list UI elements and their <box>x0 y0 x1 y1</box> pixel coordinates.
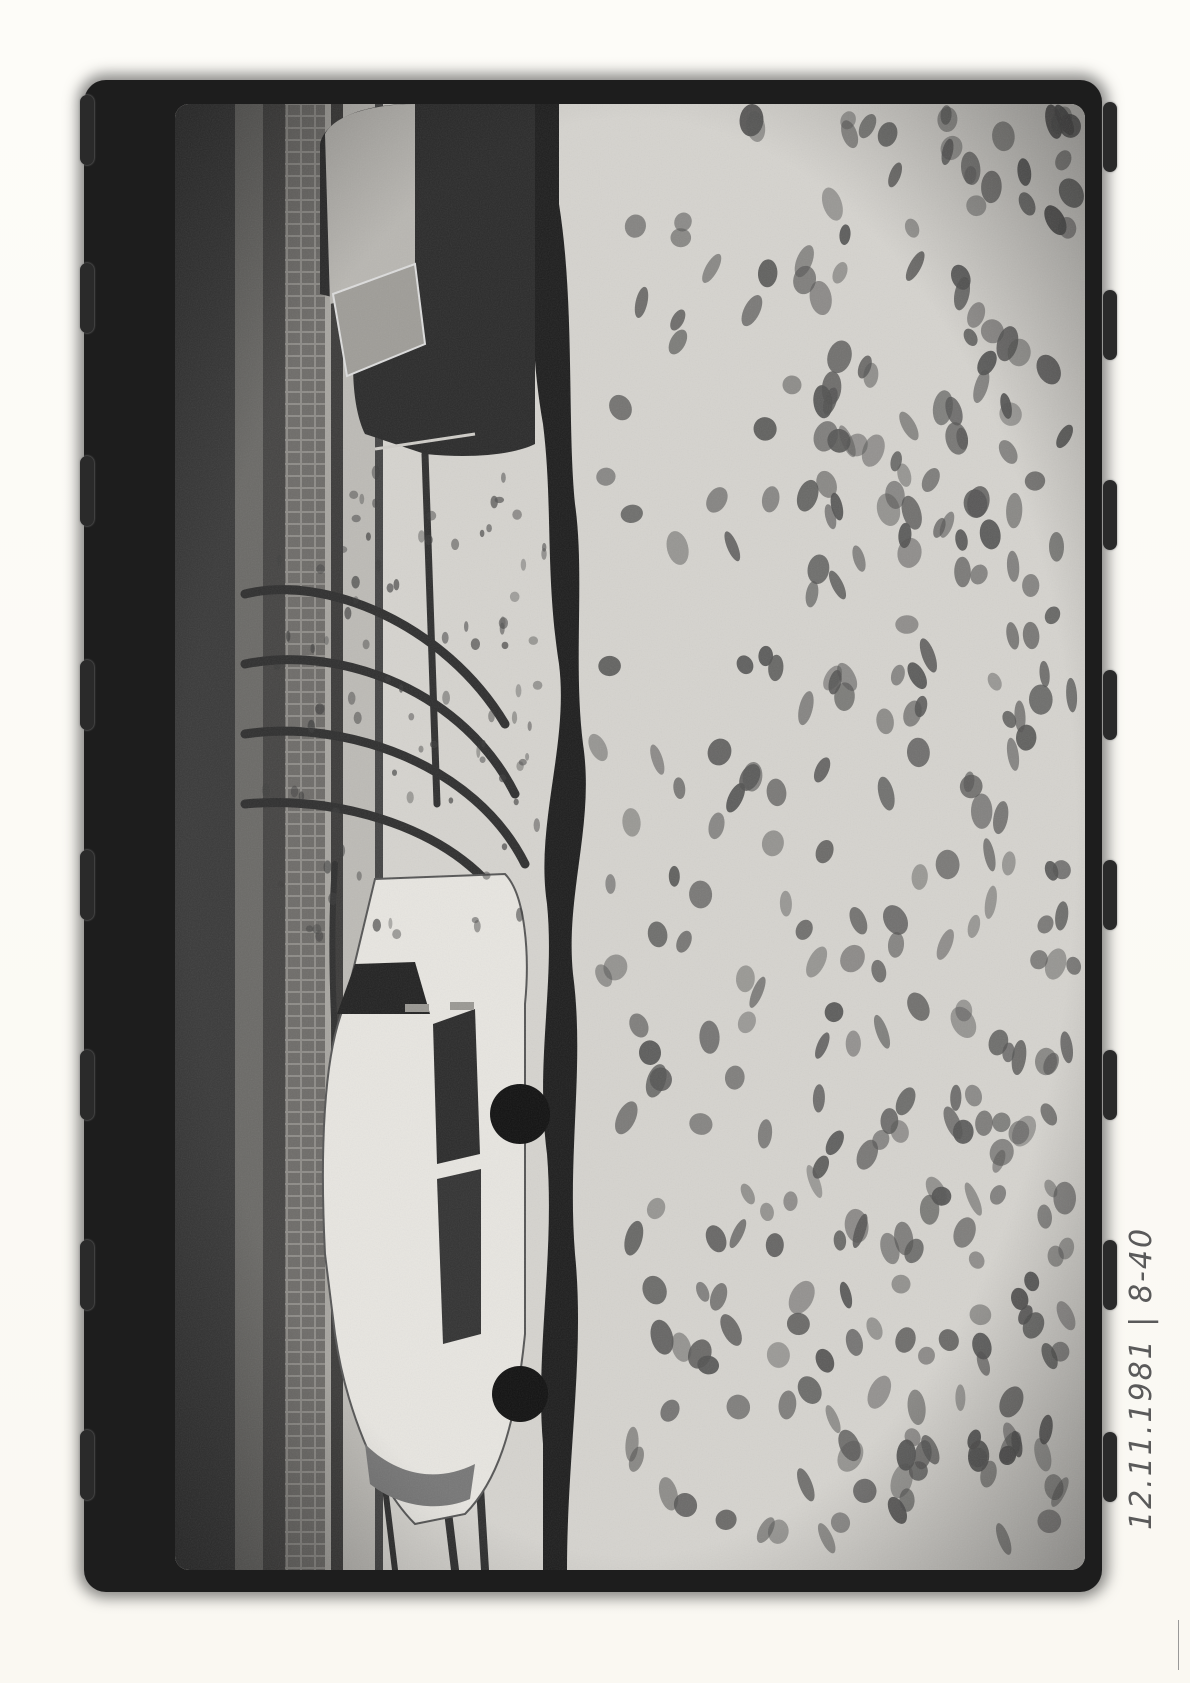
sprocket-hole <box>1103 860 1117 930</box>
sprocket-hole <box>1103 1432 1117 1502</box>
sprocket-hole <box>1103 480 1117 550</box>
sprocket-hole <box>80 660 94 730</box>
handwritten-date-annotation: 12.11.1981 | 8-40 <box>1124 1227 1159 1530</box>
photo-scene <box>175 104 1085 1570</box>
sprocket-hole <box>80 1240 94 1310</box>
sprocket-hole <box>1103 1050 1117 1120</box>
sprocket-hole <box>80 850 94 920</box>
sprocket-hole <box>1103 670 1117 740</box>
sprocket-hole <box>1103 102 1117 172</box>
sprocket-hole <box>1103 1240 1117 1310</box>
sprocket-hole <box>80 1430 94 1500</box>
sprocket-hole <box>1103 290 1117 360</box>
sprocket-hole <box>80 1050 94 1120</box>
sprocket-hole <box>80 263 94 333</box>
sprocket-hole <box>80 95 94 165</box>
sprocket-hole <box>80 456 94 526</box>
scan-edge-mark <box>1178 1620 1179 1670</box>
photograph <box>175 104 1085 1570</box>
